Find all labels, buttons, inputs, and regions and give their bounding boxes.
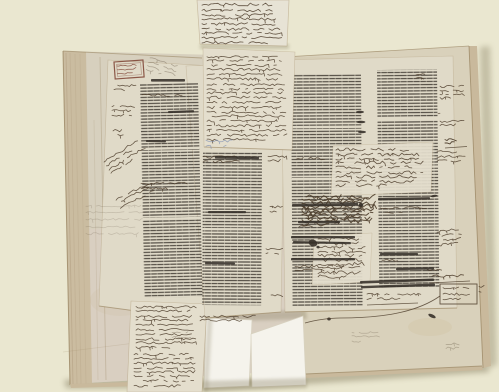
ink-blot — [327, 318, 331, 321]
strikethrough-bar — [291, 236, 355, 238]
strikethrough-bar — [208, 211, 246, 213]
ink-blot — [357, 121, 366, 123]
strikethrough-bar — [291, 258, 355, 260]
strikethrough-mark — [146, 140, 166, 142]
printed-column-2 — [202, 152, 262, 305]
paragraph-gap — [203, 228, 262, 231]
strikethrough-bar — [380, 253, 418, 255]
print-word-gaps — [140, 83, 202, 298]
stain — [408, 318, 452, 336]
bottom-handwritten-note — [127, 301, 207, 392]
strikethrough-bar — [298, 221, 340, 223]
ink-blot — [359, 203, 364, 207]
paragraph-gap — [291, 126, 361, 129]
strikethrough-mark — [208, 211, 246, 213]
ink-blot — [358, 131, 366, 133]
strikethrough-bar — [151, 79, 185, 82]
printed-column-1 — [140, 83, 202, 298]
strikethrough-mark — [151, 79, 185, 82]
strikethrough-mark — [291, 258, 355, 260]
strikethrough-bar — [146, 140, 166, 142]
strikethrough-mark — [380, 253, 418, 255]
manuscript-scene: Open folio of printer's proofs with dens… — [0, 0, 499, 392]
manuscript-photo: Open folio of printer's proofs with dens… — [0, 0, 499, 392]
top-handwritten-slip-upper — [197, 0, 289, 46]
strikethrough-mark — [291, 236, 355, 238]
handwriting-row — [479, 292, 481, 293]
ink-blot — [356, 111, 364, 113]
strikethrough-mark — [298, 221, 340, 223]
ink-blot — [316, 246, 319, 249]
